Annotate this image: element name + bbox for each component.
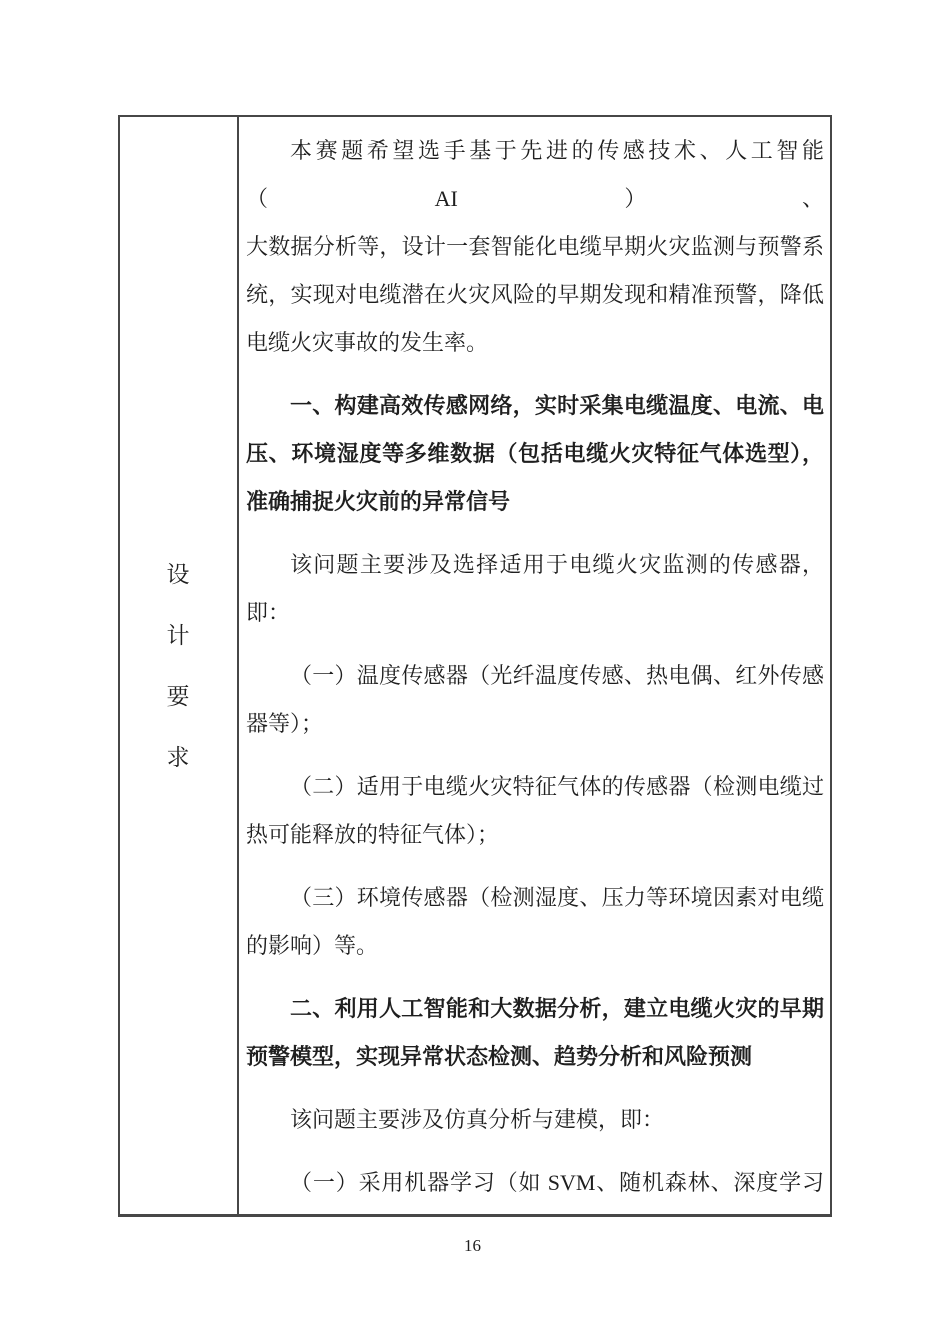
text-line: 电缆火灾事故的发生率。: [246, 319, 824, 367]
text-line: （二）适用于电缆火灾特征气体的传感器（检测电缆过: [246, 763, 824, 811]
text-line: 热可能释放的特征气体）；: [246, 811, 824, 859]
text-line: 压、环境湿度等多维数据（包括电缆火灾特征气体选型），: [246, 430, 824, 478]
heading-paragraph: 二、利用人工智能和大数据分析，建立电缆火灾的早期预警模型，实现异常状态检测、趋势…: [246, 985, 824, 1081]
text-line: 该问题主要涉及仿真分析与建模，即：: [246, 1096, 824, 1144]
row-header-char: 求: [167, 746, 191, 769]
text-line: 预警模型，实现异常状态检测、趋势分析和风险预测: [246, 1033, 824, 1081]
body-paragraph: 该问题主要涉及仿真分析与建模，即：: [246, 1096, 824, 1144]
text-line: （三）环境传感器（检测湿度、压力等环境因素对电缆: [246, 874, 824, 922]
requirements-content-cell: 本赛题希望选手基于先进的传感技术、人工智能（AI）、大数据分析等，设计一套智能化…: [239, 117, 830, 1214]
text-line: 一、构建高效传感网络，实时采集电缆温度、电流、电: [246, 382, 824, 430]
row-header-cell-design-requirements: 设计要求: [120, 117, 239, 1214]
row-header-char: 计: [167, 624, 191, 647]
text-line: （一）温度传感器（光纤温度传感、热电偶、红外传感: [246, 652, 824, 700]
text-line: 即：: [246, 589, 824, 637]
body-paragraph: （三）环境传感器（检测湿度、压力等环境因素对电缆的影响）等。: [246, 874, 824, 970]
row-header-char: 要: [167, 685, 191, 708]
text-line: 的影响）等。: [246, 922, 824, 970]
text-line: 二、利用人工智能和大数据分析，建立电缆火灾的早期: [246, 985, 824, 1033]
body-paragraph: 该问题主要涉及选择适用于电缆火灾监测的传感器，即：: [246, 541, 824, 637]
text-line: 准确捕捉火灾前的异常信号: [246, 478, 824, 526]
body-paragraph: （一）采用机器学习（如 SVM、随机森林、深度学习等）训练火灾早期预警模型，区分…: [246, 1159, 824, 1214]
row-header-char: 设: [167, 563, 191, 586]
body-paragraph: （一）温度传感器（光纤温度传感、热电偶、红外传感器等）；: [246, 652, 824, 748]
requirements-table: 设计要求 本赛题希望选手基于先进的传感技术、人工智能（AI）、大数据分析等，设计…: [118, 115, 832, 1217]
body-paragraph: （二）适用于电缆火灾特征气体的传感器（检测电缆过热可能释放的特征气体）；: [246, 763, 824, 859]
heading-paragraph: 一、构建高效传感网络，实时采集电缆温度、电流、电压、环境湿度等多维数据（包括电缆…: [246, 382, 824, 526]
text-line: 器等）；: [246, 700, 824, 748]
text-line: 本赛题希望选手基于先进的传感技术、人工智能（AI）、: [246, 127, 824, 223]
text-line: 大数据分析等，设计一套智能化电缆早期火灾监测与预警系: [246, 223, 824, 271]
text-line: （一）采用机器学习（如 SVM、随机森林、深度学习等）: [246, 1159, 824, 1214]
text-line: 该问题主要涉及选择适用于电缆火灾监测的传感器，: [246, 541, 824, 589]
page-number: 16: [0, 1236, 945, 1256]
text-line: 统，实现对电缆潜在火灾风险的早期发现和精准预警，降低: [246, 271, 824, 319]
body-paragraph: 本赛题希望选手基于先进的传感技术、人工智能（AI）、大数据分析等，设计一套智能化…: [246, 127, 824, 367]
